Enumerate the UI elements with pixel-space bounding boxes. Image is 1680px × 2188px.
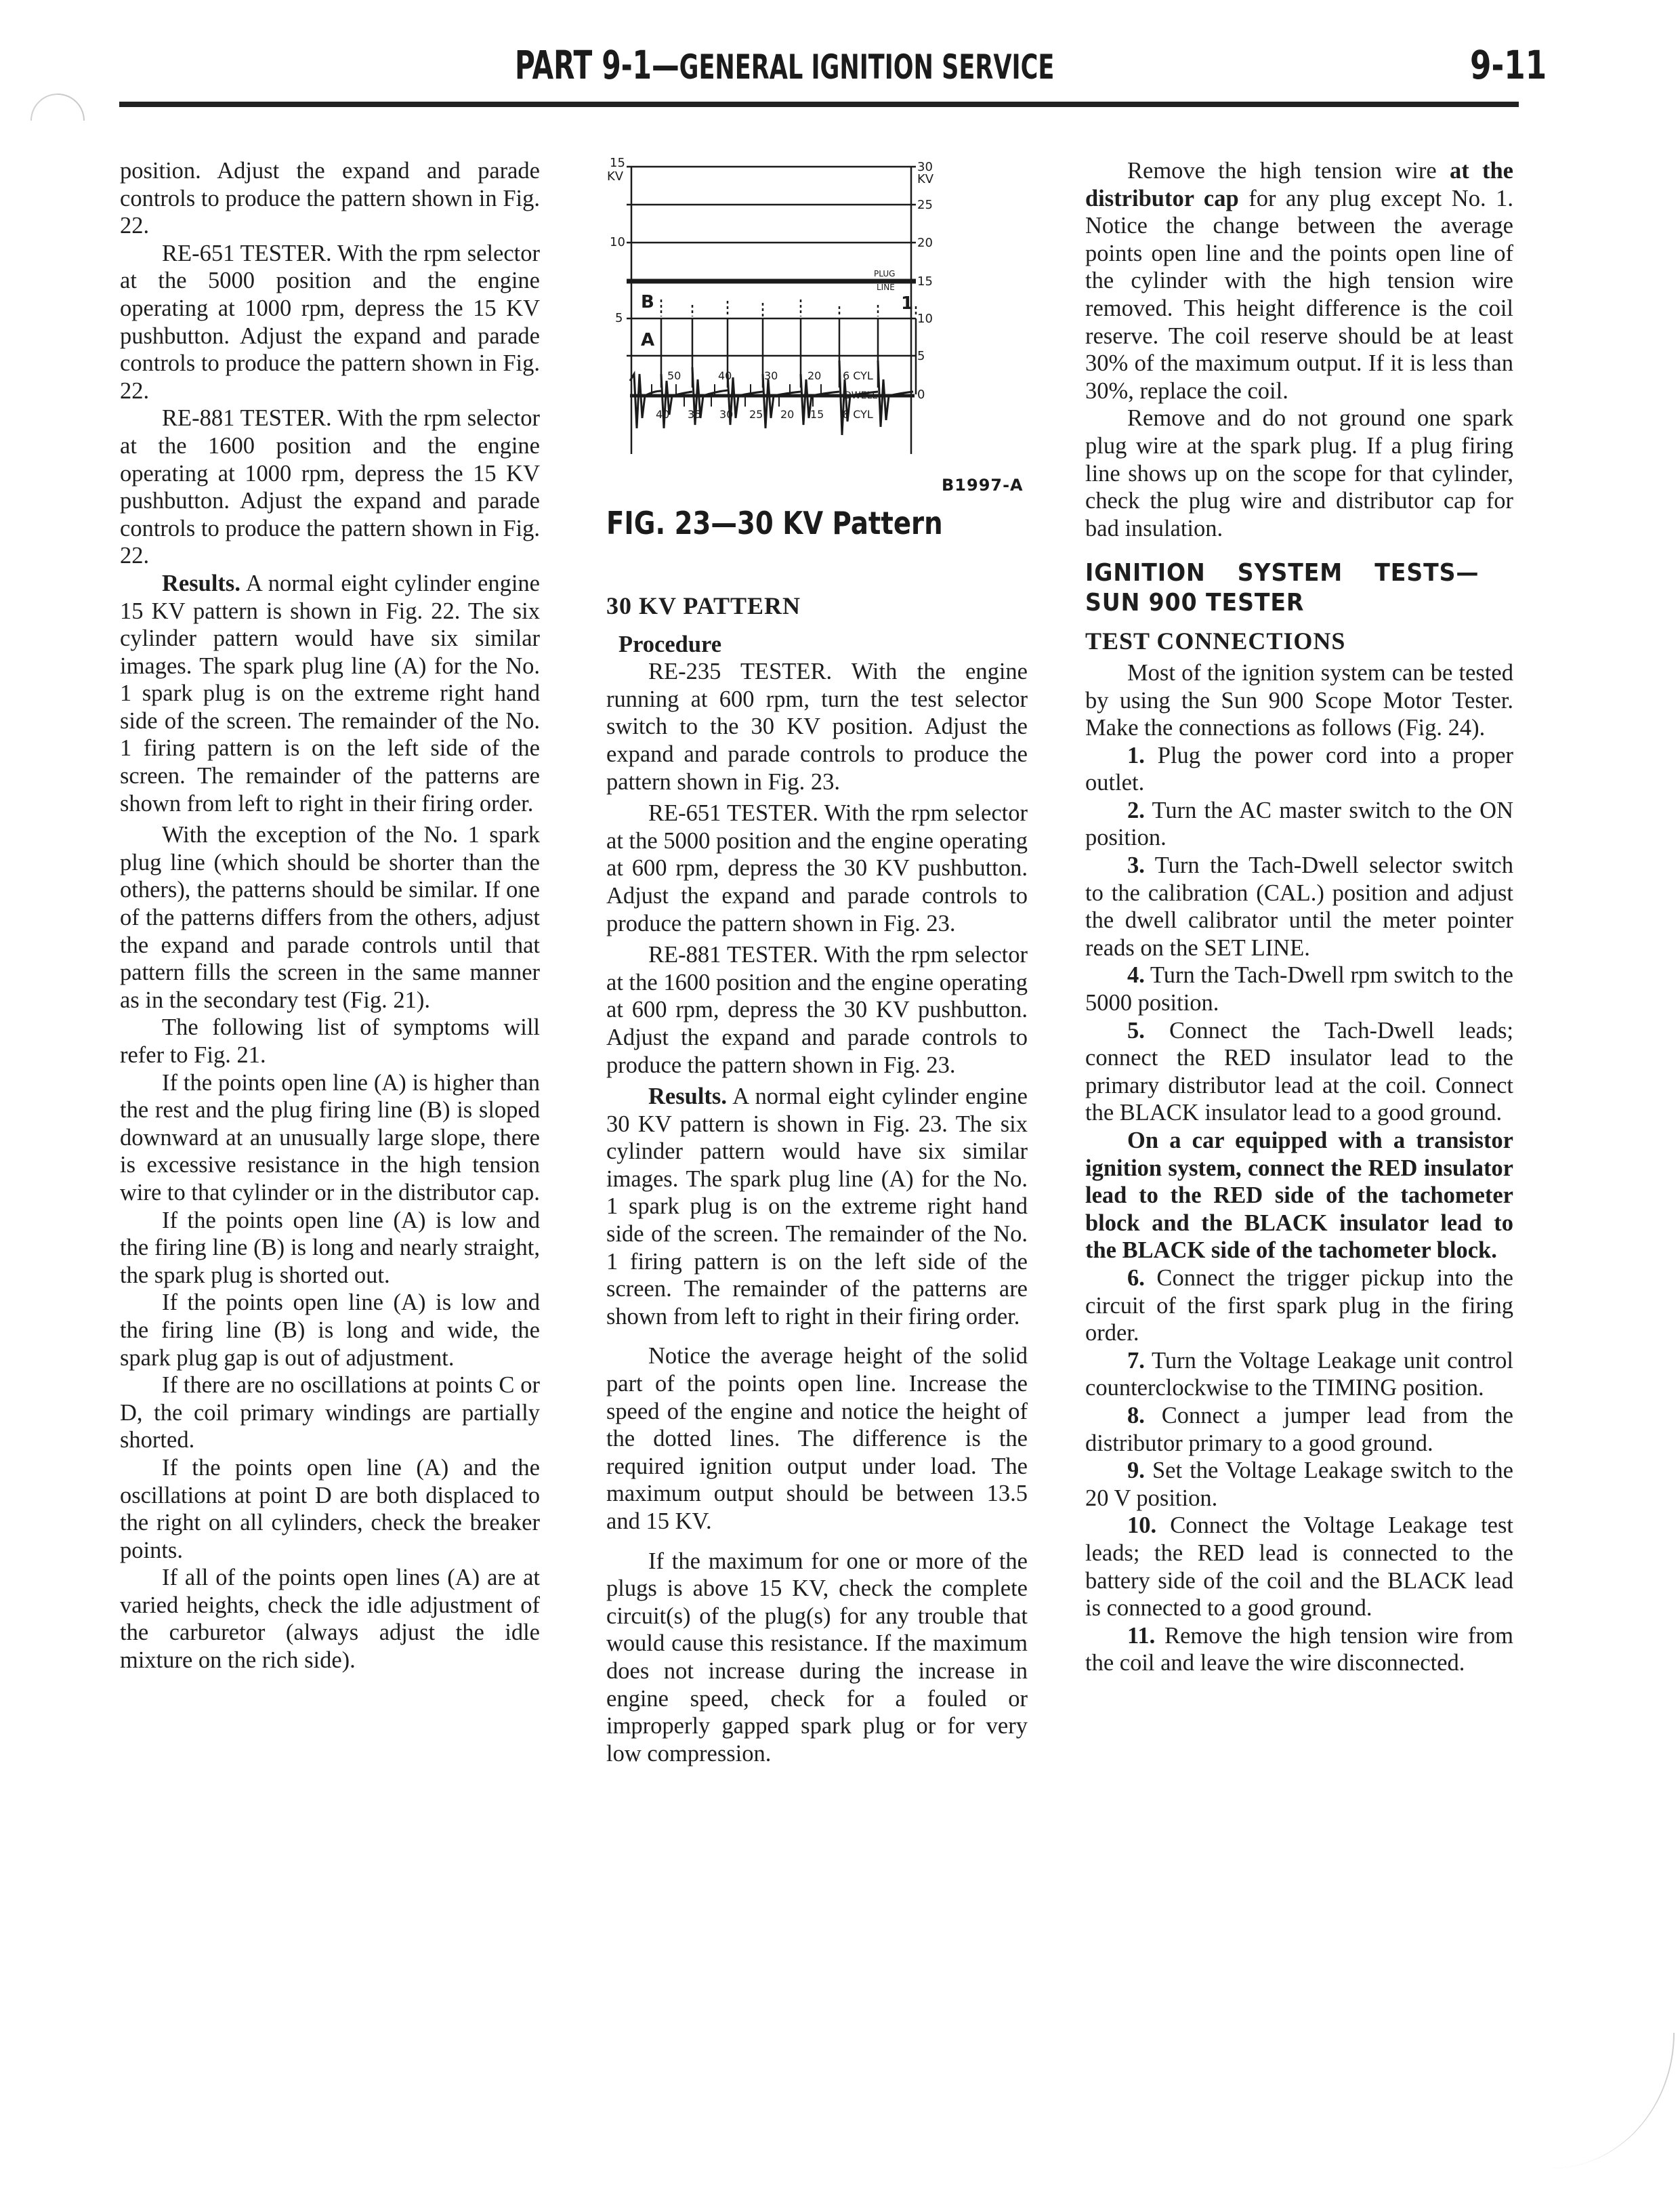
results-label: Results. — [648, 1083, 727, 1109]
dwell-8cyl-25: 25 — [749, 408, 763, 421]
step-item: 1. Plug the power cord into a proper out… — [1085, 742, 1513, 797]
step-item: 5. Connect the Tach-Dwell leads; connect… — [1085, 1017, 1513, 1127]
right-axis-tick-25: 25 — [917, 198, 933, 212]
dwell-6cyl-20: 20 — [807, 369, 821, 382]
paragraph: RE-651 TESTER. With the rpm selector at … — [120, 240, 540, 405]
right-axis-tick-5: 5 — [917, 349, 925, 363]
paragraph: RE-651 TESTER. With the rpm selector at … — [606, 800, 1028, 937]
section-heading-30kv: 30 KV PATTERN — [606, 592, 1028, 620]
right-axis-tick-20: 20 — [917, 236, 933, 250]
header-rule — [119, 102, 1519, 107]
figure-23-scope-pattern: 15 KV 10 5 30 KV 25 20 15 10 5 0 PLUG LI… — [589, 150, 1023, 557]
right-axis-tick-15: 15 — [917, 274, 933, 289]
left-axis-tick-15: 15 — [610, 156, 625, 170]
step-item: 3. Turn the Tach-Dwell selector switch t… — [1085, 852, 1513, 962]
page-number: 9-11 — [1470, 42, 1547, 88]
results-paragraph: Results. A normal eight cylinder engine … — [120, 570, 540, 817]
paragraph: If there are no oscillations at points C… — [120, 1371, 540, 1454]
paragraph: If all of the points open lines (A) are … — [120, 1564, 540, 1674]
paragraph: RE-881 TESTER. With the rpm selector at … — [120, 405, 540, 570]
step-item: 8. Connect a jumper lead from the distri… — [1085, 1402, 1513, 1457]
paragraph: The following list of symptoms will refe… — [120, 1014, 540, 1069]
step-item: 6. Connect the trigger pickup into the c… — [1085, 1264, 1513, 1347]
paragraph: Remove and do not ground one spark plug … — [1085, 405, 1513, 542]
dwell-8cyl-15: 15 — [810, 408, 824, 421]
paragraph: Remove the high tension wire at the dist… — [1085, 157, 1513, 405]
scope-pattern-diagram: 15 KV 10 5 30 KV 25 20 15 10 5 0 PLUG LI… — [589, 150, 1023, 516]
paragraph: RE-235 TESTER. With the engine running a… — [606, 658, 1028, 796]
figure-caption: FIG. 23—30 KV Pattern — [606, 505, 943, 541]
left-column: position. Adjust the expand and parade c… — [120, 157, 540, 1674]
label-b: B — [641, 292, 654, 312]
dwell-8cyl-20: 20 — [780, 408, 794, 421]
paragraph: If the maximum for one or more of the pl… — [606, 1548, 1028, 1768]
step-item: 4. Turn the Tach-Dwell rpm switch to the… — [1085, 962, 1513, 1016]
step-item: 11. Remove the high tension wire from th… — [1085, 1622, 1513, 1677]
step-item: 2. Turn the AC master switch to the ON p… — [1085, 797, 1513, 852]
results-paragraph: Results. A normal eight cylinder engine … — [606, 1083, 1028, 1330]
dwell-label: DWELL — [844, 390, 877, 401]
left-axis-tick-5: 5 — [615, 311, 623, 325]
manual-page: PART 9-1—GENERAL IGNITION SERVICE 9-11 p… — [0, 0, 1680, 2188]
paragraph: If the points open line (A) is low and t… — [120, 1289, 540, 1371]
middle-column: 30 KV PATTERN Procedure RE-235 TESTER. W… — [606, 583, 1028, 1767]
part-number: PART 9-1 — [515, 42, 652, 88]
figure-id: B1997-A — [942, 476, 1024, 495]
label-no1: 1 — [901, 293, 913, 314]
procedure-heading: Procedure — [606, 631, 1028, 659]
transistor-note: On a car equipped with a transistor igni… — [1085, 1127, 1513, 1264]
eight-cyl-label: 8 CYL — [843, 408, 873, 421]
label-a: A — [641, 330, 654, 350]
results-label: Results. — [162, 571, 240, 596]
six-cyl-label: 6 CYL — [843, 369, 873, 382]
dwell-8cyl-30: 30 — [719, 408, 733, 421]
right-axis-tick-10: 10 — [917, 312, 933, 326]
test-connections-heading: TEST CONNECTIONS — [1085, 627, 1513, 655]
left-axis-unit: KV — [607, 169, 624, 184]
paragraph: position. Adjust the expand and parade c… — [120, 157, 540, 240]
right-column: Remove the high tension wire at the dist… — [1085, 157, 1513, 1677]
header-dash: — — [652, 42, 679, 88]
paragraph: With the exception of the No. 1 spark pl… — [120, 821, 540, 1014]
paragraph: If the points open line (A) is low and t… — [120, 1207, 540, 1289]
paragraph: If the points open line (A) is higher th… — [120, 1069, 540, 1207]
svg-text:LINE: LINE — [877, 283, 895, 292]
paragraph: RE-881 TESTER. With the rpm selector at … — [606, 941, 1028, 1079]
step-item: 7. Turn the Voltage Leakage unit control… — [1085, 1347, 1513, 1402]
section-heading-sun900: IGNITION SYSTEM TESTS— SUN 900 TESTER — [1085, 558, 1479, 618]
step-item: 9. Set the Voltage Leakage switch to the… — [1085, 1457, 1513, 1512]
running-header: PART 9-1—GENERAL IGNITION SERVICE — [515, 42, 1054, 88]
right-axis-unit: KV — [917, 172, 934, 186]
paragraph: If the points open line (A) and the osci… — [120, 1454, 540, 1564]
step-item: 10. Connect the Voltage Leakage test lea… — [1085, 1512, 1513, 1622]
dwell-8cyl-40: 40 — [656, 408, 669, 421]
left-axis-tick-10: 10 — [610, 235, 625, 249]
dwell-6cyl-40: 40 — [718, 369, 732, 382]
page-corner-mark — [19, 82, 96, 159]
page-edge-mark — [1551, 2033, 1675, 2168]
paragraph: Most of the ignition system can be teste… — [1085, 659, 1513, 742]
paragraph: Notice the average height of the solid p… — [606, 1342, 1028, 1535]
dwell-8cyl-35: 35 — [688, 408, 701, 421]
right-axis-tick-0: 0 — [917, 388, 925, 402]
dwell-6cyl-30: 30 — [764, 369, 778, 382]
plug-line-label: PLUG — [874, 269, 895, 278]
dwell-6cyl-50: 50 — [667, 369, 681, 382]
section-title: GENERAL IGNITION SERVICE — [679, 47, 1055, 87]
